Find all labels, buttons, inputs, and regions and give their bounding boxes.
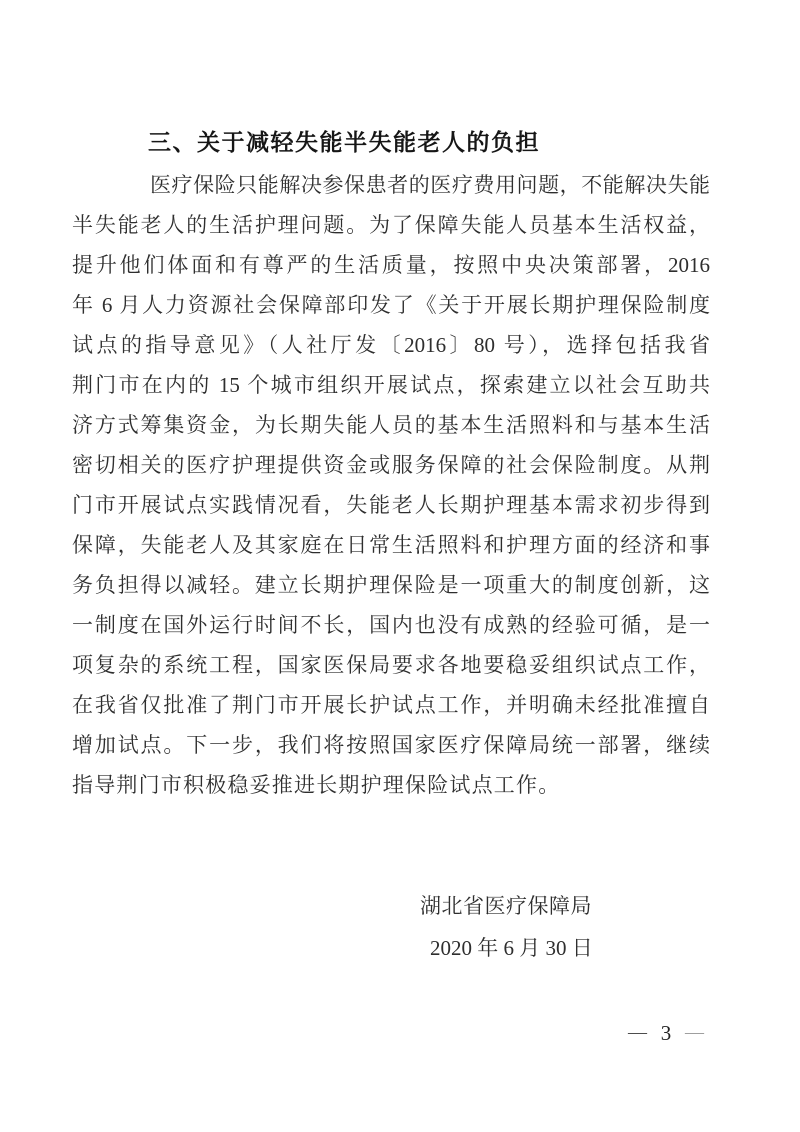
body-line: 密切相关的医疗护理提供资金或服务保障的社会保险制度。从荆	[72, 445, 710, 485]
signature-date: 2020 年 6 月 30 日	[430, 936, 593, 960]
body-line: 项复杂的系统工程，国家医保局要求各地要稳妥组织试点工作，	[72, 645, 710, 685]
body-line: 济方式筹集资金，为长期失能人员的基本生活照料和与基本生活	[72, 405, 710, 445]
page-number: — 3 —	[628, 1020, 704, 1046]
body-line: 一制度在国外运行时间不长，国内也没有成熟的经验可循，是一	[72, 605, 710, 645]
signature-organization: 湖北省医疗保障局	[420, 894, 592, 918]
body-line: 务负担得以减轻。建立长期护理保险是一项重大的制度创新，这	[72, 565, 710, 605]
body-line: 保障，失能老人及其家庭在日常生活照料和护理方面的经济和事	[72, 525, 710, 565]
body-line: 门市开展试点实践情况看，失能老人长期护理基本需求初步得到	[72, 485, 710, 525]
document-page: 三、关于减轻失能半失能老人的负担 医疗保险只能解决参保患者的医疗费用问题，不能解…	[0, 0, 800, 1132]
page-number-dash-right: —	[685, 1020, 704, 1046]
body-line: 增加试点。下一步，我们将按照国家医疗保障局统一部署，继续	[72, 725, 710, 765]
body-line: 医疗保险只能解决参保患者的医疗费用问题，不能解决失能	[72, 165, 710, 205]
body-line: 荆门市在内的 15 个城市组织开展试点，探索建立以社会互助共	[72, 365, 710, 405]
body-line: 试点的指导意见》（人社厅发〔2016〕80 号），选择包括我省	[72, 325, 710, 365]
body-line: 提升他们体面和有尊严的生活质量，按照中央决策部署，2016	[72, 245, 710, 285]
document-body: 医疗保险只能解决参保患者的医疗费用问题，不能解决失能 半失能老人的生活护理问题。…	[72, 165, 710, 805]
page-number-dash-left: —	[628, 1020, 647, 1046]
section-heading: 三、关于减轻失能半失能老人的负担	[148, 127, 540, 158]
body-line: 在我省仅批准了荆门市开展长护试点工作，并明确未经批准擅自	[72, 685, 710, 725]
body-line: 年 6 月人力资源社会保障部印发了《关于开展长期护理保险制度	[72, 285, 710, 325]
body-line: 半失能老人的生活护理问题。为了保障失能人员基本生活权益，	[72, 205, 710, 245]
body-line: 指导荆门市积极稳妥推进长期护理保险试点工作。	[72, 765, 710, 805]
page-number-value: 3	[661, 1020, 672, 1046]
